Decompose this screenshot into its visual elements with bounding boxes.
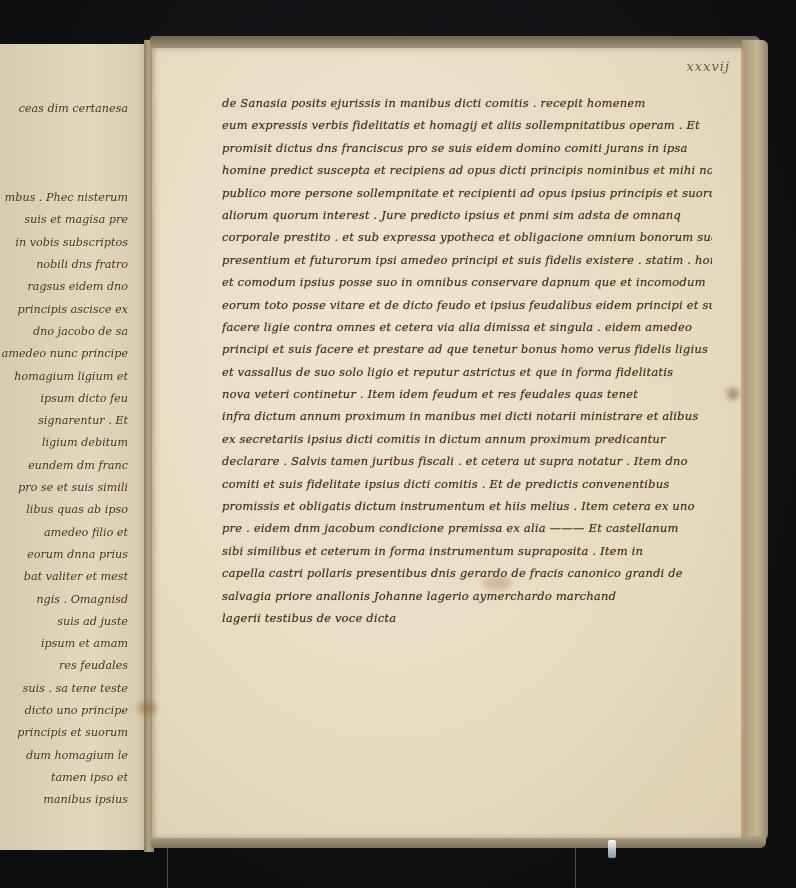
manuscript-line: eundem dm franc	[0, 455, 140, 477]
manuscript-line: eorum dnna prius	[0, 544, 140, 566]
manuscript-line: nova veteri continetur . Item idem feudu…	[222, 383, 712, 405]
right-page-text-block: de Sanasia posits ejurissis in manibus d…	[222, 92, 712, 629]
stain-mark	[727, 388, 739, 400]
manuscript-line: capella castri pollaris presentibus dnis…	[222, 562, 712, 584]
manuscript-line: sibi similibus et ceterum in forma instr…	[222, 540, 712, 562]
manuscript-line: principis et suorum	[0, 722, 140, 744]
manuscript-line: declarare . Salvis tamen juribus fiscali…	[222, 450, 712, 472]
left-manuscript-page: ceas dim certanesambus . Phec nisterumsu…	[0, 44, 150, 850]
manuscript-line: eum expressis verbis fidelitatis et homa…	[222, 114, 712, 136]
manuscript-line: homine predict suscepta et recipiens ad …	[222, 159, 712, 181]
manuscript-line	[0, 165, 140, 187]
manuscript-line: manibus ipsius	[0, 789, 140, 811]
manuscript-line: tamen ipso et	[0, 767, 140, 789]
left-page-text-block: ceas dim certanesambus . Phec nisterumsu…	[0, 98, 140, 812]
manuscript-line: homagium ligium et	[0, 366, 140, 388]
folio-number: xxxvij	[686, 60, 730, 75]
manuscript-line: amedeo filio et	[0, 522, 140, 544]
manuscript-line: infra dictum annum proximum in manibus m…	[222, 405, 712, 427]
manuscript-line: pro se et suis simili	[0, 477, 140, 499]
thread	[167, 848, 168, 888]
manuscript-line: eorum toto posse vitare et de dicto feud…	[222, 294, 712, 316]
manuscript-line: comiti et suis fidelitate ipsius dicti c…	[222, 473, 712, 495]
manuscript-line: dno jacobo de sa	[0, 321, 140, 343]
manuscript-line: in vobis subscriptos	[0, 232, 140, 254]
manuscript-line: libus quas ab ipso	[0, 499, 140, 521]
manuscript-line: amedeo nunc principe	[0, 343, 140, 365]
manuscript-line: de Sanasia posits ejurissis in manibus d…	[222, 92, 712, 114]
manuscript-line: salvagia priore anallonis Johanne lageri…	[222, 585, 712, 607]
manuscript-line	[0, 143, 140, 165]
manuscript-line: suis ad juste	[0, 611, 140, 633]
manuscript-line: signarentur . Et	[0, 410, 140, 432]
manuscript-line: promissis et obligatis dictum instrument…	[222, 495, 712, 517]
manuscript-line: ipsum et amam	[0, 633, 140, 655]
manuscript-line: dum homagium le	[0, 745, 140, 767]
manuscript-line: ngis . Omagnisd	[0, 589, 140, 611]
manuscript-line: presentium et futurorum ipsi amedeo prin…	[222, 249, 712, 271]
manuscript-line: publico more persone sollempnitate et re…	[222, 182, 712, 204]
manuscript-line: ligium debitum	[0, 432, 140, 454]
thread	[575, 848, 576, 888]
manuscript-line: corporale prestito . et sub expressa ypo…	[222, 226, 712, 248]
manuscript-line: ex secretariis ipsius dicti comitis in d…	[222, 428, 712, 450]
manuscript-line: lagerii testibus de voce dicta	[222, 607, 712, 629]
manuscript-line: ceas dim certanesa	[0, 98, 140, 120]
manuscript-line: et comodum ipsius posse suo in omnibus c…	[222, 271, 712, 293]
stain-mark	[482, 576, 512, 590]
manuscript-line: suis . sa tene teste	[0, 678, 140, 700]
manuscript-line: res feudales	[0, 655, 140, 677]
manuscript-line: principis ascisce ex	[0, 299, 140, 321]
manuscript-line: aliorum quorum interest . Jure predicto …	[222, 204, 712, 226]
manuscript-line: facere ligie contra omnes et cetera via …	[222, 316, 712, 338]
manuscript-line: ipsum dicto feu	[0, 388, 140, 410]
manuscript-line: et vassallus de suo solo ligio et reputu…	[222, 361, 712, 383]
manuscript-line: ragsus eidem dno	[0, 276, 140, 298]
manuscript-line: bat valiter et mest	[0, 566, 140, 588]
manuscript-line: suis et magisa pre	[0, 209, 140, 231]
manuscript-line: nobili dns fratro	[0, 254, 140, 276]
stain-mark	[138, 702, 156, 714]
binding-edge-right	[742, 40, 768, 840]
right-manuscript-page: xxxvij de Sanasia posits ejurissis in ma…	[152, 48, 744, 838]
manuscript-line: principi et suis facere et prestare ad q…	[222, 338, 712, 360]
light-glare	[608, 840, 616, 858]
manuscript-line: mbus . Phec nisterum	[0, 187, 140, 209]
manuscript-line: dicto uno principe	[0, 700, 140, 722]
manuscript-line	[0, 120, 140, 142]
manuscript-line: pre . eidem dnm jacobum condicione premi…	[222, 517, 712, 539]
manuscript-line: promisit dictus dns franciscus pro se su…	[222, 137, 712, 159]
